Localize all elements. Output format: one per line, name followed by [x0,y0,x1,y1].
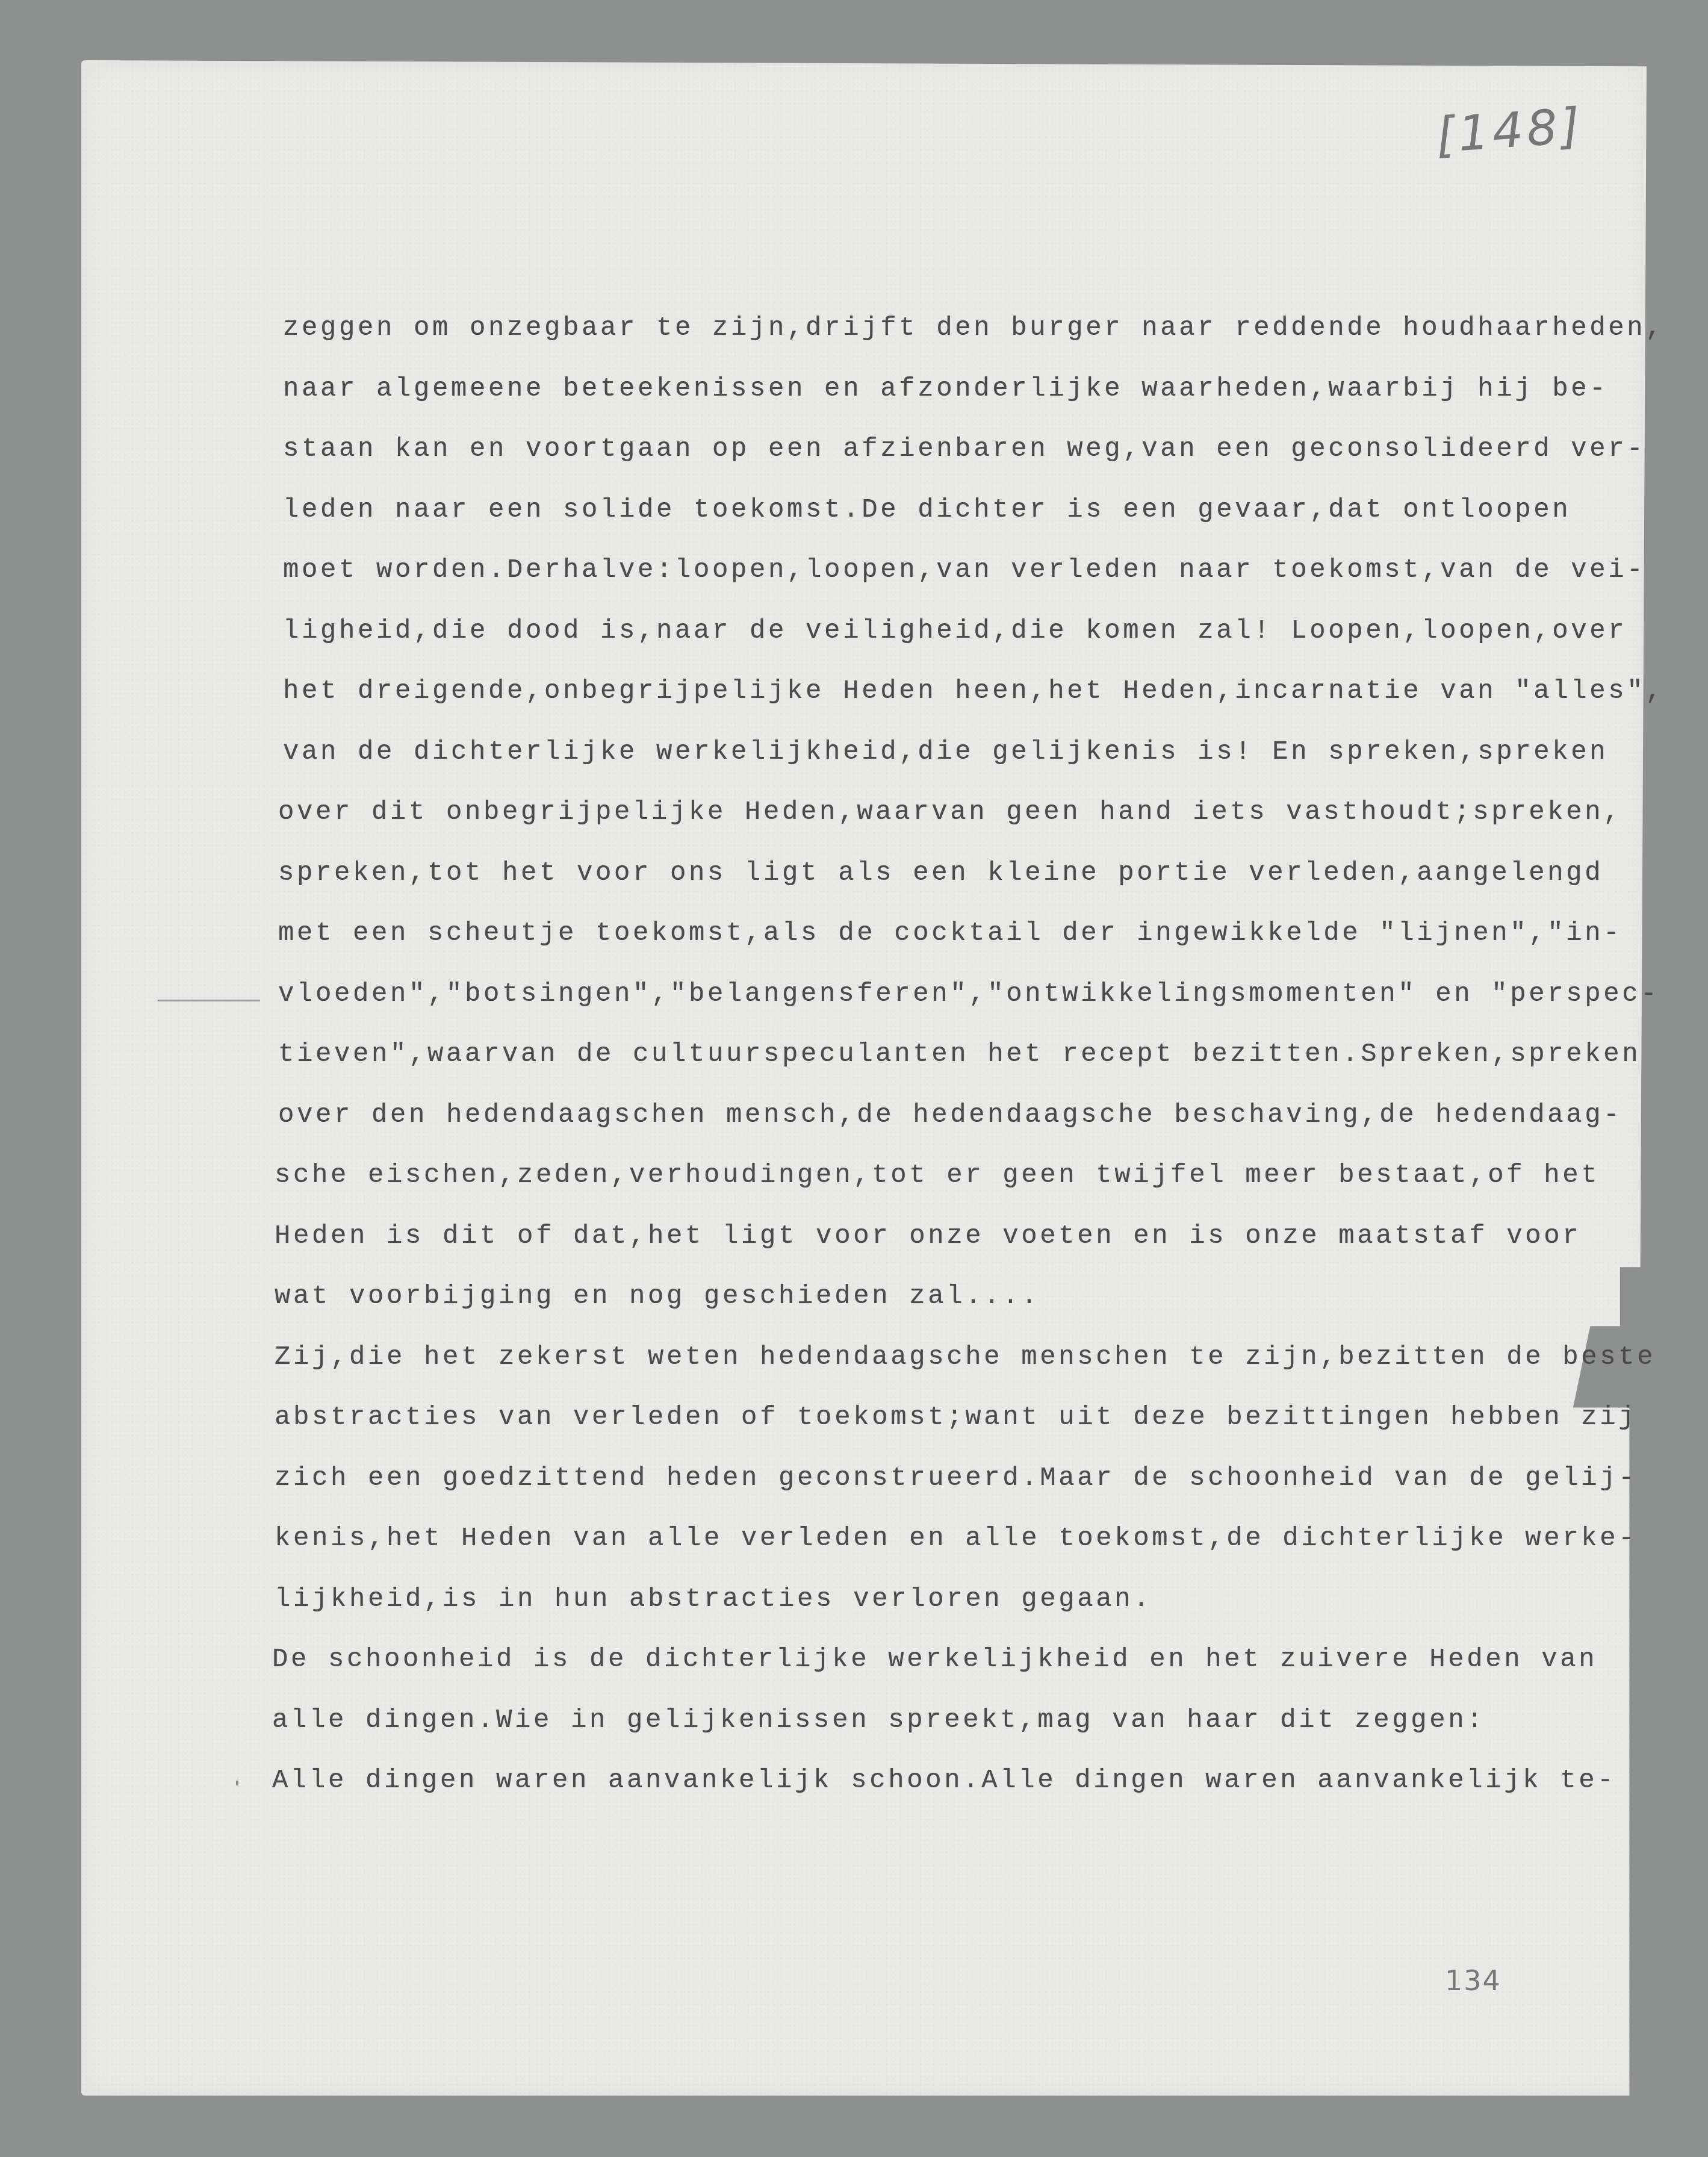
text-line: abstracties van verleden of toekomst;wan… [275,1387,1656,1448]
handwritten-page-number: 134 [1445,1964,1501,1997]
text-line: Alle dingen waren aanvankelijk schoon.Al… [272,1751,1656,1811]
text-line: het dreigende,onbegrijpelijke Heden heen… [283,661,1656,722]
text-line: leden naar een solide toekomst.De dichte… [283,480,1656,541]
text-line: met een scheutje toekomst,als de cocktai… [278,903,1656,964]
text-line: wat voorbijging en nog geschieden zal...… [275,1266,1656,1327]
text-line: naar algemeene beteekenissen en afzonder… [283,359,1656,420]
text-line: tieven",waarvan de cultuurspeculanten he… [278,1024,1656,1085]
text-line: ligheid,die dood is,naar de veiligheid,d… [283,601,1656,662]
text-line: over dit onbegrijpelijke Heden,waarvan g… [278,782,1656,843]
text-line: spreken,tot het voor ons ligt als een kl… [278,843,1656,904]
text-line: sche eischen,zeden,verhoudingen,tot er g… [275,1145,1656,1206]
text-line: zich een goedzittend heden geconstrueerd… [275,1448,1656,1509]
margin-dot-mark [236,1781,238,1785]
text-line: Zij,die het zekerst weten hedendaagsche … [275,1327,1656,1388]
typewritten-body: zeggen om onzegbaar te zijn,drijft den b… [283,298,1656,1811]
text-line: lijkheid,is in hun abstracties verloren … [275,1569,1656,1630]
text-line: moet worden.Derhalve:loopen,loopen,van v… [283,540,1656,601]
text-line: van de dichterlijke werkelijkheid,die ge… [283,722,1656,783]
text-line: alle dingen.Wie in gelijkenissen spreekt… [272,1690,1656,1751]
text-line: kenis,het Heden van alle verleden en all… [275,1508,1656,1569]
text-line: Heden is dit of dat,het ligt voor onze v… [275,1206,1656,1267]
text-line: De schoonheid is de dichterlijke werkeli… [272,1629,1656,1690]
text-line: staan kan en voortgaan op een afzienbare… [283,419,1656,480]
margin-pencil-mark [158,1000,260,1001]
text-line: over den hedendaagschen mensch,de hedend… [278,1085,1656,1146]
text-line: vloeden","botsingen","belangensferen","o… [278,964,1656,1025]
text-line: zeggen om onzegbaar te zijn,drijft den b… [283,298,1656,359]
handwritten-reference-number: [148] [1434,98,1585,164]
